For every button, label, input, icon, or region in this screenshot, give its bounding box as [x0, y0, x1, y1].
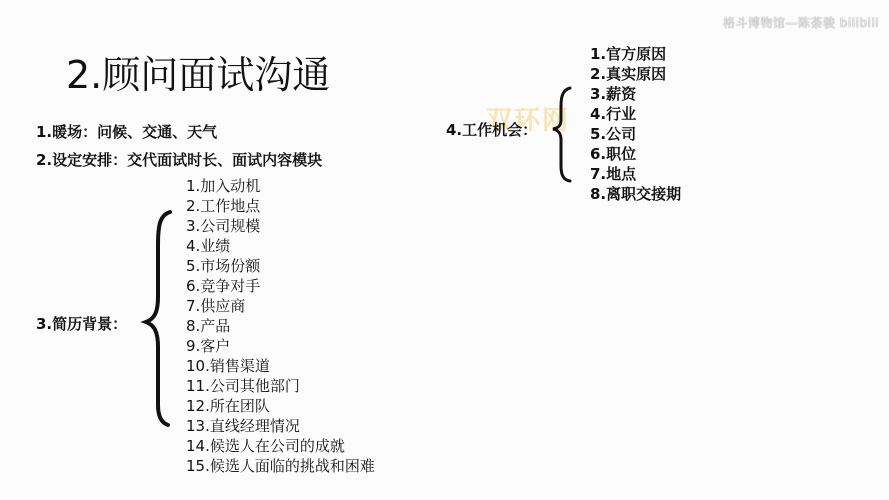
list-item: 10.销售渠道 — [186, 356, 375, 376]
list-item: 12.所在团队 — [186, 396, 375, 416]
section-arrangement: 2.设定安排：交代面试时长、面试内容模块 — [36, 149, 322, 170]
list-item: 13.直线经理情况 — [186, 416, 375, 436]
list-item: 5.市场份额 — [186, 256, 375, 276]
list-item: 5.公司 — [590, 124, 681, 144]
list-item: 1.官方原因 — [590, 44, 681, 64]
slide-title: 2.顾问面试沟通 — [66, 44, 330, 99]
slide: 2.顾问面试沟通 1.暖场：问候、交通、天气 2.设定安排：交代面试时长、面试内… — [0, 0, 889, 500]
list-item: 7.地点 — [590, 164, 681, 184]
list-item: 6.职位 — [590, 144, 681, 164]
top-right-watermark: 格斗博物馆—陈荼骏 bilibili — [723, 14, 879, 31]
list-item: 1.加入动机 — [186, 176, 375, 196]
list-item: 8.离职交接期 — [590, 184, 681, 204]
job-opportunity-list: 1.官方原因 2.真实原因 3.薪资 4.行业 5.公司 6.职位 7.地点 8… — [590, 44, 681, 204]
list-item: 8.产品 — [186, 316, 375, 336]
section-job-opportunity-label: 4.工作机会： — [446, 119, 537, 140]
list-item: 3.薪资 — [590, 84, 681, 104]
list-item: 6.竞争对手 — [186, 276, 375, 296]
resume-background-list: 1.加入动机 2.工作地点 3.公司规模 4.业绩 5.市场份额 6.竞争对手 … — [186, 176, 375, 476]
list-item: 4.业绩 — [186, 236, 375, 256]
list-item: 2.真实原因 — [590, 64, 681, 84]
section-resume-background-label: 3.简历背景： — [36, 313, 127, 334]
right-curly-brace-icon — [548, 84, 574, 184]
list-item: 15.候选人面临的挑战和困难 — [186, 456, 375, 476]
list-item: 4.行业 — [590, 104, 681, 124]
list-item: 7.供应商 — [186, 296, 375, 316]
list-item: 9.客户 — [186, 336, 375, 356]
section-warmup: 1.暖场：问候、交通、天气 — [36, 121, 217, 142]
left-curly-brace-icon — [140, 205, 174, 430]
list-item: 11.公司其他部门 — [186, 376, 375, 396]
list-item: 2.工作地点 — [186, 196, 375, 216]
list-item: 3.公司规模 — [186, 216, 375, 236]
list-item: 14.候选人在公司的成就 — [186, 436, 375, 456]
